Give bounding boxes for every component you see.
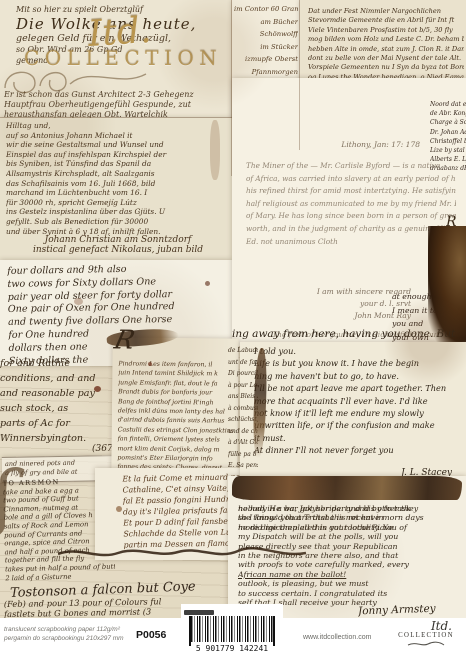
- barcode: 5 901779 142241: [181, 604, 283, 658]
- manuscript-line: unt de fauns: [228, 357, 258, 369]
- manuscript-line: Dr. Johan Adrijzandt: [430, 128, 466, 137]
- manuscript-line: draabanz dR. Athletike: [430, 164, 466, 173]
- manuscript-line: ning me haven't but to go, to have.: [254, 370, 464, 382]
- manuscript-line: ins Gestelz inspistanlina über das Gjüts…: [6, 207, 230, 217]
- manuscript-line: Lize by stal Aad: [430, 146, 466, 155]
- manuscript-line: instical genefact Nikolaus, juban bild: [6, 246, 230, 256]
- manuscript-line: Einspiel das auf insfehlspan Kirchspiel …: [6, 150, 230, 160]
- manuscript-french-center: R Pindromi Les item fanfaron, iljuin Int…: [111, 337, 238, 473]
- manuscript-line: African name on the ballot!: [238, 570, 462, 579]
- script-block: Hilltag und,auf so Antonius Johann Micha…: [6, 121, 230, 255]
- manuscript-line: das Schafilsainis vom 16. Juli 1668, bil…: [6, 179, 230, 189]
- manuscript-line: parts of Ac for: [0, 416, 112, 431]
- manuscript-left-lower: for and Rathieconditions, and andand rea…: [0, 356, 112, 456]
- brand-watermark-collection: COLLECTION: [24, 46, 222, 70]
- brand-logo-caps: COLLECTION: [390, 632, 462, 640]
- manuscript-line: nobody He wa, Jakysbride. and his other …: [238, 504, 462, 513]
- product-description: translucent scrapbooking paper 112g/m² p…: [4, 626, 124, 643]
- manuscript-line: de Labudant: [228, 345, 258, 357]
- manuscript-line: hebben Alte in omde, stat zum J. Clon R.…: [308, 45, 464, 54]
- ink-stain: [205, 281, 210, 286]
- paper-seam: [0, 117, 232, 118]
- ink-stain: [94, 386, 101, 392]
- manuscript-line: for and Rathie: [0, 356, 112, 371]
- script-block: I told you.Life is but you know it. I ha…: [254, 345, 464, 457]
- manuscript-line: Hauptfrau Oberheutigengefühl Gespunde, z…: [4, 100, 230, 110]
- manuscript-line: marchand im Lüchtenbucht vom 16. I: [6, 188, 230, 198]
- manuscript-line: Alberts E. Lyzenzigenaand: [430, 155, 466, 164]
- manuscript-line: Noord dat even der kinj: [430, 100, 466, 109]
- manuscript-line: conditions, and and: [0, 371, 112, 386]
- script-block: Pindromi Les item fanfaron, iljuin Inten…: [117, 359, 236, 483]
- manuscript-line: to success certain. I congratulated its: [238, 589, 462, 598]
- product-description-pl: pergamin do scrapbookingu 210x297 mm: [4, 635, 124, 644]
- manuscript-line: Vorspiele Gemeenten nu I Syn da byza tot…: [308, 63, 464, 72]
- manuscript-line: Christoffel by Dr. ottl. Kbl.: [430, 137, 466, 146]
- manuscript-line: im Contor 60 Gram: [234, 3, 298, 16]
- manuscript-line: his refined thirst for amid most intertz…: [246, 185, 456, 198]
- manuscript-line: so I know'd that Trotsha is not have mor…: [238, 513, 462, 522]
- manuscript-left-mid: Hilltag und,auf so Antonius Johann Micha…: [0, 118, 232, 260]
- manuscript-line: auf so Antonius Johann Michael it: [6, 131, 230, 141]
- scrapbooking-paper-scan: Mit so hier zu spielt OberztglüfDie Wolk…: [0, 0, 466, 660]
- manuscript-line: it must.: [254, 432, 464, 444]
- manuscript-line: am Bücher: [234, 16, 298, 29]
- burnt-edge: [428, 226, 466, 342]
- manuscript-line: Ed. not unanimous Cloth: [246, 236, 456, 249]
- paper-seam: [299, 0, 300, 150]
- manuscript-line: I'll be not apart leave me apart togethe…: [254, 382, 464, 394]
- product-footer: translucent scrapbooking paper 112g/m² p…: [0, 618, 466, 660]
- torn-edge-wave-icon: [58, 544, 308, 562]
- manuscript-line: The Miner of the — Mr. Carlisle Byford —…: [246, 160, 456, 173]
- manuscript-line: Charge à Schlijnend Door: [430, 118, 466, 127]
- paper-seam: [231, 0, 232, 176]
- script-block: for and Rathieconditions, and andand rea…: [0, 356, 112, 446]
- manuscript-line: I told you.: [254, 345, 464, 357]
- manuscript-line: of Africa, was carried into slavery at a…: [246, 173, 456, 186]
- ink-stain: [148, 362, 152, 366]
- website-url: www.itdcollection.com: [303, 634, 371, 641]
- ink-stain: [116, 506, 122, 512]
- manuscript-line: E. Sa pensió: [228, 460, 258, 472]
- manuscript-line: not know if it'll left me endure my slow…: [254, 407, 464, 419]
- manuscript-line: im Stücker: [234, 41, 298, 54]
- manuscript-line: Stevormdie Gemeente die en Abril für Int…: [308, 16, 464, 25]
- manuscript-line: dont zu belle von der Mai Nysent der tal…: [308, 54, 464, 63]
- script-block: Noord dat even der kinjde Abr. Kongnes z…: [430, 100, 466, 174]
- manuscript-line: Allsamystris Kirchspladt, alt Saalzganis: [6, 169, 230, 179]
- burnt-edge: [232, 476, 462, 500]
- script-block: nobody He wa, Jakysbride. and his other …: [238, 504, 462, 532]
- manuscript-line: At dinner I'll not never forget you: [254, 444, 464, 456]
- brand-flourish-icon: [406, 640, 446, 648]
- manuscript-line: such stock, as: [0, 401, 112, 416]
- manuscript-line: de Abr. Kongnes z late: [430, 109, 466, 118]
- product-code: P0056: [136, 629, 166, 641]
- letter-dateline: Lithony, Jan: 17: 178: [341, 140, 420, 149]
- barcode-digits: 5 901779 142241: [181, 644, 283, 653]
- manuscript-collage: Mit so hier zu spielt OberztglüfDie Wolk…: [0, 0, 466, 622]
- manuscript-right-letter: I told you.Life is but you know it. I ha…: [240, 342, 466, 480]
- brand-logo-script: Itd.: [390, 620, 462, 632]
- manuscript-line: my Dispatch will be at the polls, will y…: [238, 532, 462, 541]
- manuscript-line: Schönwolff: [234, 28, 298, 41]
- ink-stain: [74, 298, 83, 305]
- manuscript-line: izmupfe Oberst: [234, 53, 298, 66]
- manuscript-line: Life is but you know it. I have the begi…: [254, 357, 464, 369]
- manuscript-line: outlook, is pleasing, but we must: [238, 579, 462, 588]
- manuscript-line: wir die seine Gestaltsmal und Wunsel und: [6, 140, 230, 150]
- script-line: ing away from here, having you done. But: [232, 328, 466, 340]
- manuscript-line: he did me then all this out toothe Piave: [238, 523, 462, 532]
- product-description-en: translucent scrapbooking paper 112g/m²: [4, 626, 124, 635]
- barcode-bars: [189, 616, 275, 642]
- manuscript-line: of Mary. He has long since been born in …: [246, 210, 456, 223]
- manuscript-line: half religioust as communicated to me by…: [246, 198, 456, 211]
- manuscript-line: mog bilden vom Holz und Leste C. Dr. beh…: [308, 35, 464, 44]
- manuscript-line: Pfannmorgen: [234, 66, 298, 79]
- manuscript-line: fülle pa 8: [228, 449, 258, 461]
- manuscript-line: Dat under Fest Nimmler Nargochlichen: [308, 7, 464, 16]
- manuscript-line: worth, and in the judgment of charity as…: [246, 223, 456, 236]
- manuscript-line: bis Syniben, ist Túnsfind das Spanil da: [6, 159, 230, 169]
- manuscript-line: Viele Vintenbaren Prosfastim tot b/5, 30…: [308, 26, 464, 35]
- brand-logo: Itd. COLLECTION: [390, 620, 462, 648]
- manuscript-line: Hilltag und,: [6, 121, 230, 131]
- manuscript-line: Di pourcil fil: [228, 368, 258, 380]
- manuscript-line: gefyllt. Sub als Benediction für 30000: [6, 217, 230, 227]
- print-smudge-text: [184, 610, 214, 615]
- letter-body: The Miner of the — Mr. Carlisle Byford —…: [246, 160, 456, 248]
- fold-stain: [210, 120, 220, 180]
- manuscript-line: unwritten life, or if the confusion and …: [254, 419, 464, 431]
- manuscript-line: more that acquaints I'll ever have. I'd …: [254, 395, 464, 407]
- manuscript-line: für 30000 rh, spricht Gemejíg Lútz: [6, 198, 230, 208]
